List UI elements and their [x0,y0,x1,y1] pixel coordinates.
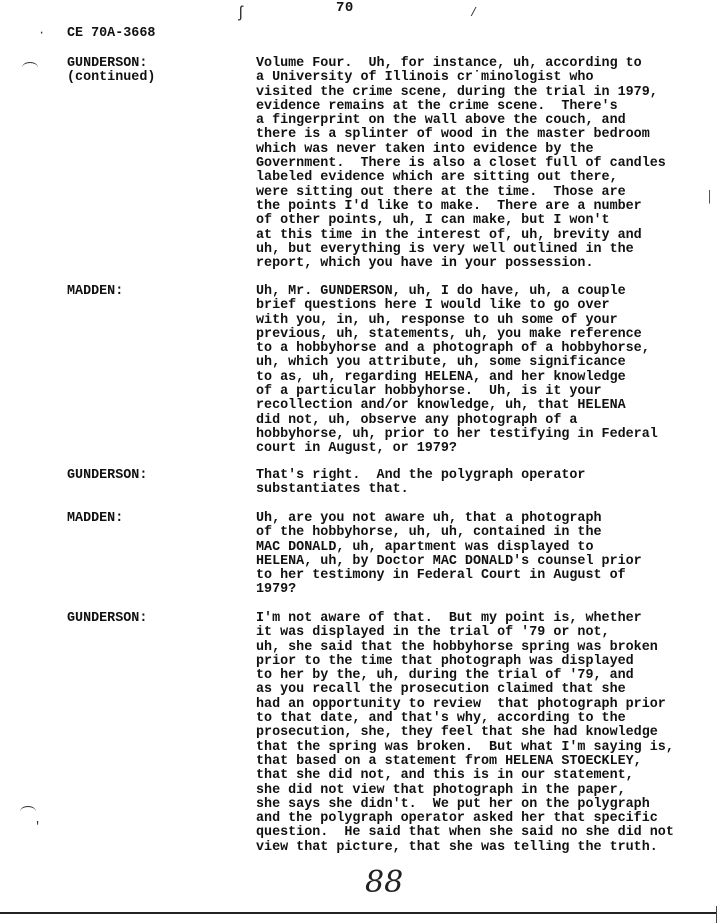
testimony-line: at this time in the interest of, uh, bre… [256,229,666,243]
testimony-line: that the spring was broken. But what I'm… [256,741,674,755]
testimony-text: I'm not aware of that. But my point is, … [256,612,674,855]
testimony-line: court in August, or 1979? [256,442,658,456]
scan-mark: · [38,26,45,40]
scan-mark: │ [706,190,713,204]
testimony-line: there is a splinter of wood in the maste… [256,128,666,142]
testimony-line: and the polygraph operator asked her tha… [256,812,674,826]
speaker-label: GUNDERSON: [67,612,147,626]
testimony-line: prosecution, she, they feel that she had… [256,726,674,740]
margin-mark [22,62,38,73]
speaker-label: MADDEN: [67,512,123,526]
scan-mark: ′ [34,820,41,834]
testimony-line: it was displayed in the trial of '79 or … [256,626,674,640]
testimony-line: Volume Four. Uh, for instance, uh, accor… [256,57,666,71]
testimony-text: Volume Four. Uh, for instance, uh, accor… [256,57,666,271]
testimony-line: uh, which you attribute, uh, some signif… [256,356,658,370]
testimony-text: That's right. And the polygraph operator… [256,469,585,498]
testimony-line: of other points, uh, I can make, but I w… [256,214,666,228]
testimony-line: substantiates that. [256,483,585,497]
testimony-line: HELENA, uh, by Doctor MAC DONALD's couns… [256,555,642,569]
bottom-rule-edge [716,906,717,923]
testimony-line: to that date, and that's why, according … [256,712,674,726]
testimony-line: Uh, are you not aware uh, that a photogr… [256,512,642,526]
testimony-line: as you recall the prosecution claimed th… [256,683,674,697]
testimony-text: Uh, Mr. GUNDERSON, uh, I do have, uh, a … [256,285,658,457]
testimony-line: visited the crime scene, during the tria… [256,86,666,100]
page-number: 70 [336,0,354,16]
testimony-line: had an opportunity to review that photog… [256,698,674,712]
testimony-line: that she did not, and this is in our sta… [256,769,674,783]
testimony-line: recollection and/or knowledge, uh, that … [256,399,658,413]
scan-mark: ʃ [236,4,246,22]
testimony-line: That's right. And the polygraph operator [256,469,585,483]
testimony-line: previous, uh, statements, uh, you make r… [256,328,658,342]
testimony-line: she says she didn't. We put her on the p… [256,798,674,812]
margin-mark [20,806,36,817]
testimony-line: report, which you have in your possessio… [256,257,666,271]
speaker-label: GUNDERSON: (continued) [67,57,155,86]
testimony-line: hobbyhorse, uh, prior to her testifying … [256,428,658,442]
speaker-label: GUNDERSON: [67,469,147,483]
testimony-line: to as, uh, regarding HELENA, and her kno… [256,371,658,385]
testimony-line: to a hobbyhorse and a photograph of a ho… [256,342,658,356]
testimony-line: question. He said that when she said no … [256,826,674,840]
testimony-line: view that picture, that she was telling … [256,841,674,855]
handwritten-page-number: 88 [365,868,403,898]
testimony-line: she did not view that photograph in the … [256,784,674,798]
testimony-line: did not, uh, observe any photograph of a [256,414,658,428]
scan-mark: / [470,6,477,20]
testimony-line: of a particular hobbyhorse. Uh, is it yo… [256,385,658,399]
testimony-line: of the hobbyhorse, uh, uh, contained in … [256,526,642,540]
testimony-line: MAC DONALD, uh, apartment was displayed … [256,541,642,555]
testimony-line: Government. There is also a closet full … [256,157,666,171]
testimony-line: Uh, Mr. GUNDERSON, uh, I do have, uh, a … [256,285,658,299]
testimony-line: uh, but everything is very well outlined… [256,243,666,257]
testimony-line: which was never taken into evidence by t… [256,143,666,157]
bottom-rule [0,912,716,914]
document-id: CE 70A-3668 [67,26,155,41]
testimony-line: 1979? [256,583,642,597]
testimony-line: labeled evidence which are sitting out t… [256,171,666,185]
testimony-line: to her testimony in Federal Court in Aug… [256,569,642,583]
testimony-line: were sitting out there at the time. Thos… [256,186,666,200]
testimony-line: prior to the time that photograph was di… [256,655,674,669]
testimony-line: evidence remains at the crime scene. The… [256,100,666,114]
testimony-line: a fingerprint on the wall above the couc… [256,114,666,128]
testimony-line: that based on a statement from HELENA ST… [256,755,674,769]
testimony-line: the points I'd like to make. There are a… [256,200,666,214]
testimony-line: uh, she said that the hobbyhorse spring … [256,641,674,655]
testimony-line: to her by the, uh, during the trial of '… [256,669,674,683]
testimony-line: brief questions here I would like to go … [256,299,658,313]
testimony-text: Uh, are you not aware uh, that a photogr… [256,512,642,598]
testimony-line: with you, in, uh, response to uh some of… [256,314,658,328]
testimony-line: a University of Illinois cr˙minologist w… [256,71,666,85]
speaker-label: MADDEN: [67,285,123,299]
testimony-line: I'm not aware of that. But my point is, … [256,612,674,626]
